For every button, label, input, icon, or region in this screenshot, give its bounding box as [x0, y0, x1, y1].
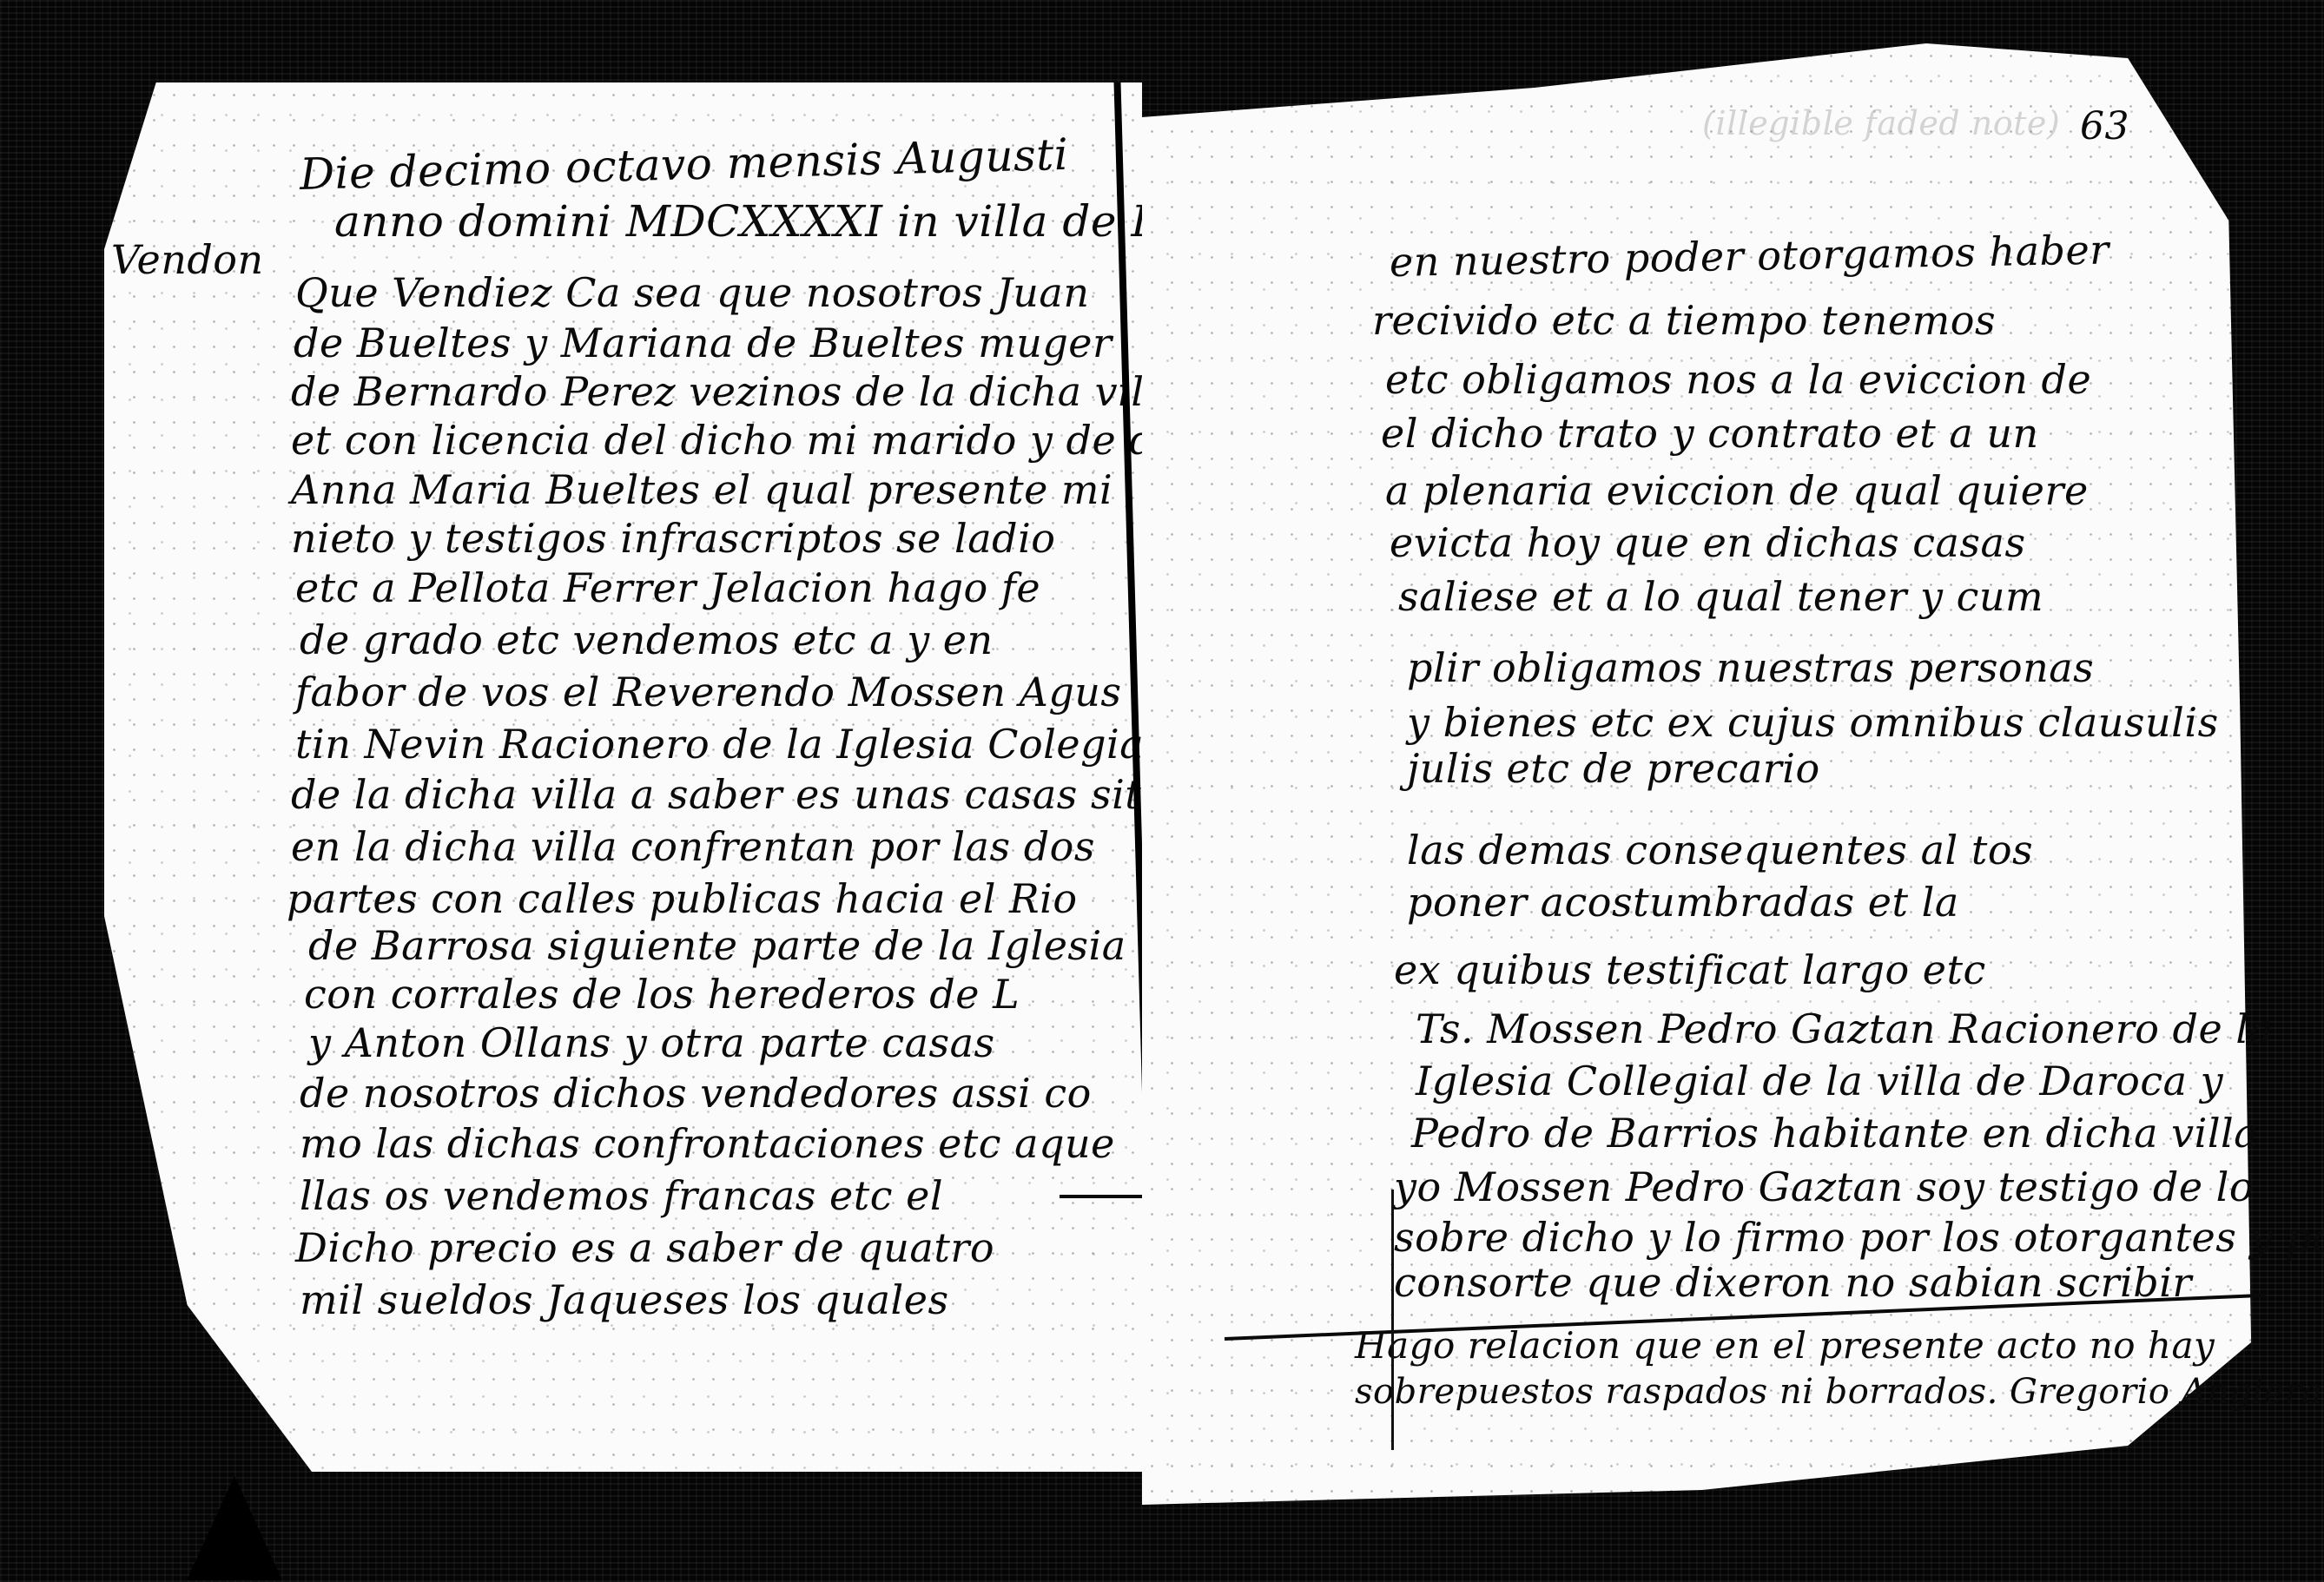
body-line: julis etc de precario: [1407, 745, 1820, 792]
notary-line: Hago relacion que en el presente acto no…: [1355, 1324, 2215, 1367]
page-corner-shadow: [187, 1476, 282, 1580]
witness-line: sobre dicho y lo firmo por los otorgante…: [1394, 1214, 2324, 1261]
body-line: saliese et a lo qual tener y cum: [1398, 573, 2043, 620]
body-line: de Bueltes y Mariana de Bueltes muger: [294, 320, 1112, 366]
body-line: de grado etc vendemos etc a y en: [300, 616, 994, 663]
body-line: a plenaria eviccion de qual quiere: [1385, 467, 2089, 514]
witness-line: ex quibus testificat largo etc: [1394, 946, 1986, 993]
body-line: partes con calles publicas hacia el Rio: [287, 875, 1078, 922]
body-line: etc obligamos nos a la eviccion de: [1385, 356, 2091, 403]
notary-line: sobrepuestos raspados ni borrados. Grego…: [1355, 1372, 2323, 1412]
body-line: mo las dichas confrontaciones etc aque: [300, 1120, 1115, 1167]
body-line: llas os vendemos francas etc el: [300, 1172, 943, 1219]
body-line: et con licencia del dicho mi marido y de…: [291, 417, 1242, 464]
body-line: recivido etc a tiempo tenemos: [1372, 297, 1996, 344]
body-line: de nosotros dichos vendedores assi co: [300, 1070, 1092, 1117]
witness-line: Ts. Mossen Pedro Gaztan Racionero de la: [1416, 1005, 2273, 1052]
faded-annotation: (illegible faded note): [1702, 104, 2060, 142]
witness-line: consorte que dixeron no sabian scribir: [1394, 1259, 2192, 1306]
body-line: y Anton Ollans y otra parte casas: [308, 1019, 995, 1066]
body-line: poner acostumbradas et la: [1407, 879, 1959, 926]
body-line: nieto y testigos infrascriptos se ladio: [291, 515, 1056, 562]
witness-line: Iglesia Collegial de la villa de Daroca …: [1416, 1058, 2223, 1104]
folio-number: 63: [2080, 104, 2129, 148]
body-line: de Bernardo Perez vezinos de la dicha vi…: [291, 368, 1182, 415]
body-line: Anna Maria Bueltes el qual presente mi: [291, 466, 1112, 513]
body-line: Que Vendiez Ca sea que nosotros Juan: [295, 269, 1089, 316]
witness-line: yo Mossen Pedro Gaztan soy testigo de lo: [1394, 1163, 2254, 1210]
body-line: Dicho precio es a saber de quatro: [295, 1224, 994, 1271]
margin-rule: [1391, 1190, 1394, 1450]
body-line: etc a Pellota Ferrer Jelacion hago fe: [295, 564, 1040, 611]
body-line: el dicho trato y contrato et a un: [1381, 410, 2039, 457]
witness-line: Pedro de Barrios habitante en dicha vill…: [1411, 1110, 2258, 1157]
body-line: tin Nevin Racionero de la Iglesia Colegi…: [295, 721, 1157, 768]
body-line: mil sueldos Jaqueses los quales: [300, 1276, 949, 1323]
body-line: en la dicha villa confrentan por las dos: [291, 823, 1095, 870]
body-line: con corrales de los herederos de L: [304, 971, 1020, 1018]
body-line: evicta hoy que en dichas casas: [1390, 519, 2026, 566]
body-line: de Barrosa siguiente parte de la Iglesia: [308, 922, 1126, 969]
body-line: plir obligamos nuestras personas: [1407, 644, 2094, 691]
body-line: de la dicha villa a saber es unas casas …: [291, 771, 1200, 818]
body-line: fabor de vos el Reverendo Mossen Agus: [295, 669, 1122, 715]
body-line: y bienes etc ex cujus omnibus clausulis: [1407, 699, 2219, 746]
margin-note: Vendon: [111, 236, 264, 283]
body-line: las demas consequentes al tos: [1407, 827, 2033, 873]
